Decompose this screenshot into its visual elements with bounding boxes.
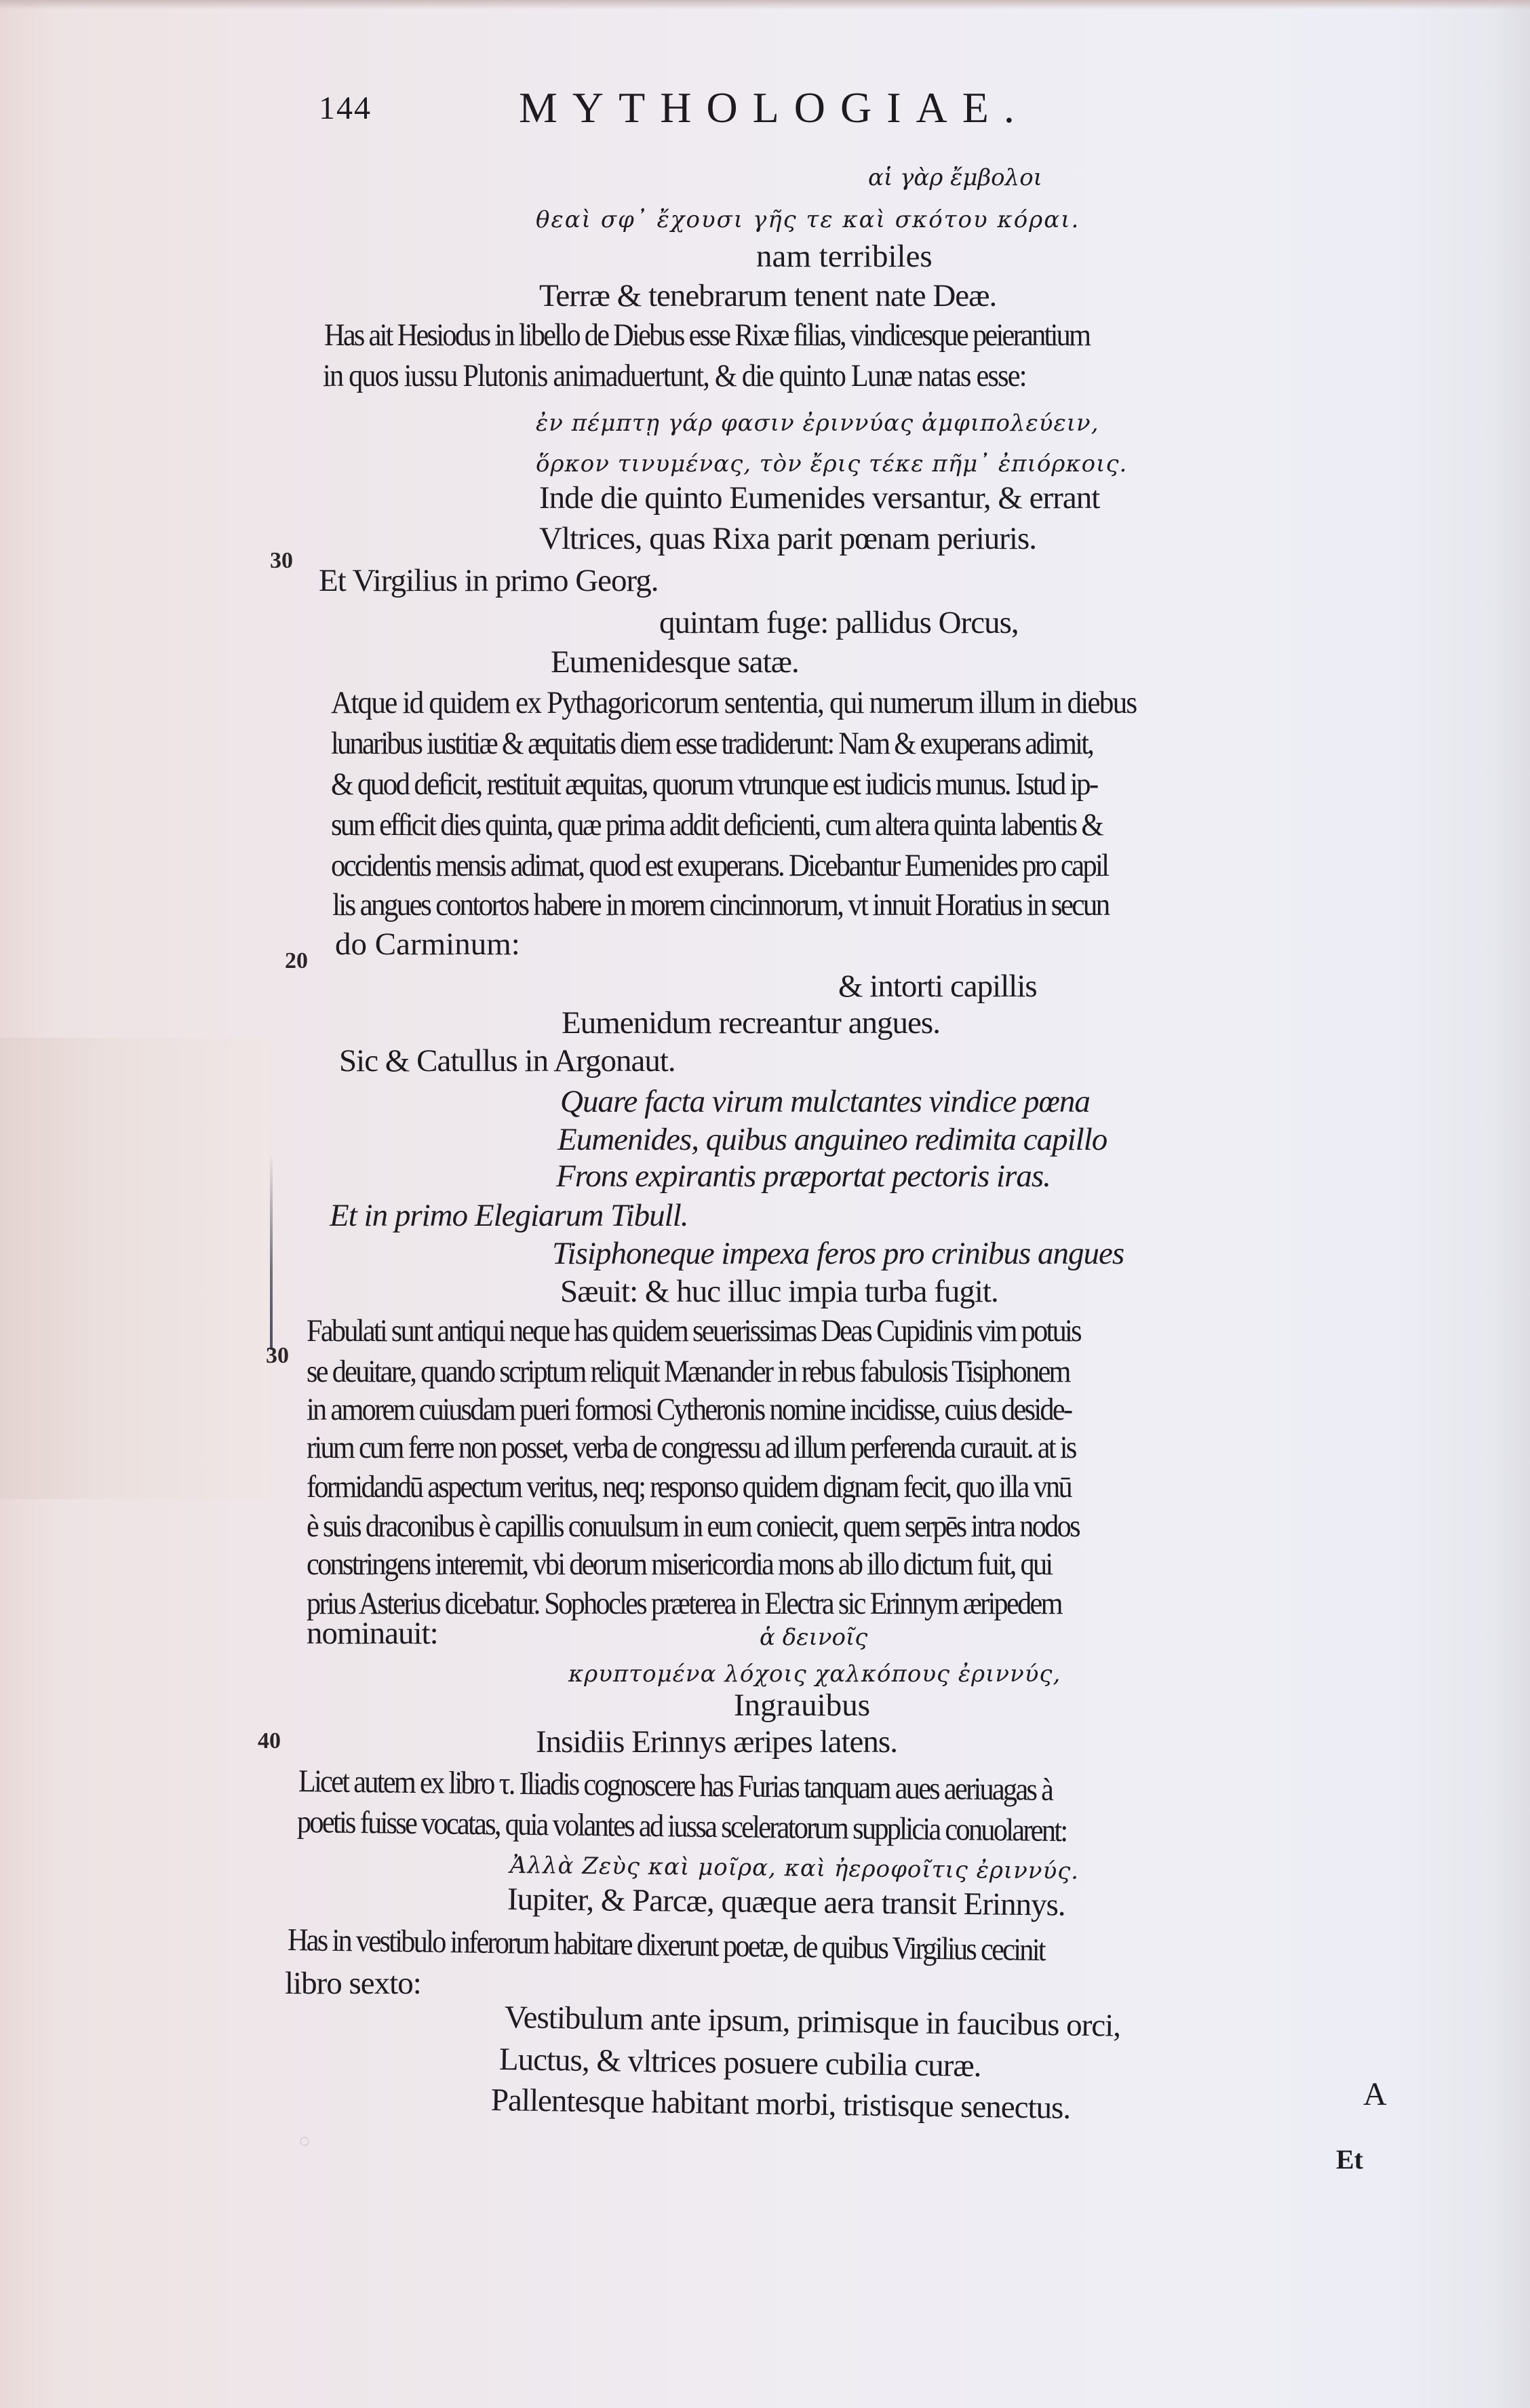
verse-line: Eumenidesque satæ. bbox=[551, 643, 799, 681]
verse-line: Terræ & tenebrarum tenent nate Deæ. bbox=[539, 277, 996, 315]
page-number: 144 bbox=[319, 90, 372, 127]
margin-line-number: 30 bbox=[266, 1343, 289, 1369]
greek-verse-line: ἁ δεινοῖς bbox=[760, 1618, 867, 1656]
prose-line: è suis draconibus è capillis conuulsum i… bbox=[307, 1507, 1079, 1545]
greek-verse-line: ἐν πέμπτῃ γάρ φασιν ἐριννύας ἀμφιπολεύει… bbox=[536, 404, 1099, 442]
verse-line: Inde die quinto Eumenides versantur, & e… bbox=[539, 479, 1099, 517]
signature-mark: A bbox=[1363, 2076, 1387, 2113]
catchword: Et bbox=[1336, 2143, 1363, 2175]
prose-line: libro sexto: bbox=[285, 1964, 421, 2002]
gutter-smear bbox=[0, 1038, 271, 1499]
book-page: 144 MYTHOLOGIAE. 30 20 30 40 αἱ γὰρ ἔμβο… bbox=[0, 0, 1530, 2408]
verse-line: Iupiter, & Parcæ, quæque aera transit Er… bbox=[507, 1880, 1065, 1924]
greek-verse-line: αἱ γὰρ ἔμβολοι bbox=[868, 159, 1042, 197]
verse-line: Luctus, & vltrices posuere cubilia curæ. bbox=[499, 2040, 981, 2085]
verse-line-italic: Frons expirantis præportat pectoris iras… bbox=[556, 1157, 1051, 1195]
prose-line: lis angues contortos habere in morem cin… bbox=[332, 886, 1108, 924]
page-header: 144 MYTHOLOGIAE. bbox=[309, 83, 1462, 137]
prose-line: Has ait Hesiodus in libello de Diebus es… bbox=[324, 316, 1089, 354]
verse-line-italic: Quare facta virum mulctantes vindice pœn… bbox=[560, 1083, 1090, 1121]
verse-line-italic: Tisiphoneque impexa feros pro crinibus a… bbox=[552, 1235, 1124, 1273]
prose-line: Sic & Catullus in Argonaut. bbox=[339, 1042, 675, 1080]
verse-line: Sæuit: & huc illuc impia turba fugit. bbox=[560, 1273, 998, 1310]
verse-line: Eumenidum recreantur angues. bbox=[562, 1004, 940, 1042]
prose-line: formidandū aspectum veritus, neq; respon… bbox=[307, 1468, 1071, 1506]
verse-line: Ingrauibus bbox=[734, 1686, 870, 1724]
prose-line: nominauit: bbox=[307, 1614, 438, 1652]
verse-line: quintam fuge: pallidus Orcus, bbox=[659, 604, 1019, 642]
prose-line: & quod deficit, restituit æquitas, quoru… bbox=[331, 765, 1097, 803]
verse-line-italic: Eumenides, quibus anguineo redimita capi… bbox=[557, 1121, 1107, 1159]
prose-line: in amorem cuiusdam pueri formosi Cythero… bbox=[307, 1391, 1071, 1429]
verse-line: Vestibulum ante ipsum, primisque in fauc… bbox=[505, 1998, 1121, 2045]
ink-smudge: ○ bbox=[298, 2130, 311, 2153]
verse-line: & intorti capillis bbox=[838, 967, 1037, 1005]
verse-line: nam terribiles bbox=[756, 237, 933, 275]
prose-line: constringens interemit, vbi deorum miser… bbox=[307, 1545, 1051, 1583]
verse-line: Pallentesque habitant morbi, tristisque … bbox=[491, 2081, 1071, 2127]
prose-line: occidentis mensis adimat, quod est exupe… bbox=[331, 847, 1107, 885]
prose-line: Has in vestibulo inferorum habitare dixe… bbox=[288, 1921, 1045, 1969]
margin-line-number: 20 bbox=[285, 948, 308, 974]
prose-line: poetis fuisse vocatas, quia volantes ad … bbox=[297, 1803, 1067, 1850]
verse-line: Vltrices, quas Rixa parit pœnam periuris… bbox=[539, 520, 1036, 558]
prose-line: Atque id quidem ex Pythagoricorum senten… bbox=[331, 684, 1136, 722]
prose-line: in quos iussu Plutonis animaduertunt, & … bbox=[323, 357, 1026, 395]
prose-line: do Carminum: bbox=[335, 925, 520, 963]
prose-line: sum efficit dies quinta, quæ prima addit… bbox=[331, 806, 1102, 844]
prose-line: se deuitare, quando scriptum reliquit Mæ… bbox=[307, 1353, 1070, 1391]
greek-verse-line: θεαὶ σφ᾽ ἔχουσι γῆς τε καὶ σκότου κόραι. bbox=[536, 201, 1080, 239]
prose-line: Fabulati sunt antiqui neque has quidem s… bbox=[307, 1312, 1080, 1350]
prose-line-italic: Et in primo Elegiarum Tibull. bbox=[330, 1197, 688, 1235]
margin-line-number: 40 bbox=[258, 1728, 281, 1754]
running-head: MYTHOLOGIAE. bbox=[519, 83, 1029, 133]
prose-line: rium cum ferre non posset, verba de cong… bbox=[307, 1429, 1076, 1467]
page-top-shadow bbox=[0, 0, 1530, 9]
prose-line: lunaribus iustitiæ & æquitatis diem esse… bbox=[331, 724, 1093, 762]
prose-line: Licet autem ex libro τ. Iliadis cognosce… bbox=[298, 1762, 1053, 1809]
verse-line: Insidiis Erinnys æripes latens. bbox=[536, 1723, 897, 1761]
prose-line: Et Virgilius in primo Georg. bbox=[319, 562, 659, 600]
gutter-shadow-line bbox=[270, 1153, 273, 1350]
greek-verse-line: ὅρκον τινυμένας, τὸν ἔρις τέκε πῆμ᾽ ἐπιό… bbox=[536, 445, 1127, 483]
margin-line-number: 30 bbox=[270, 548, 293, 574]
